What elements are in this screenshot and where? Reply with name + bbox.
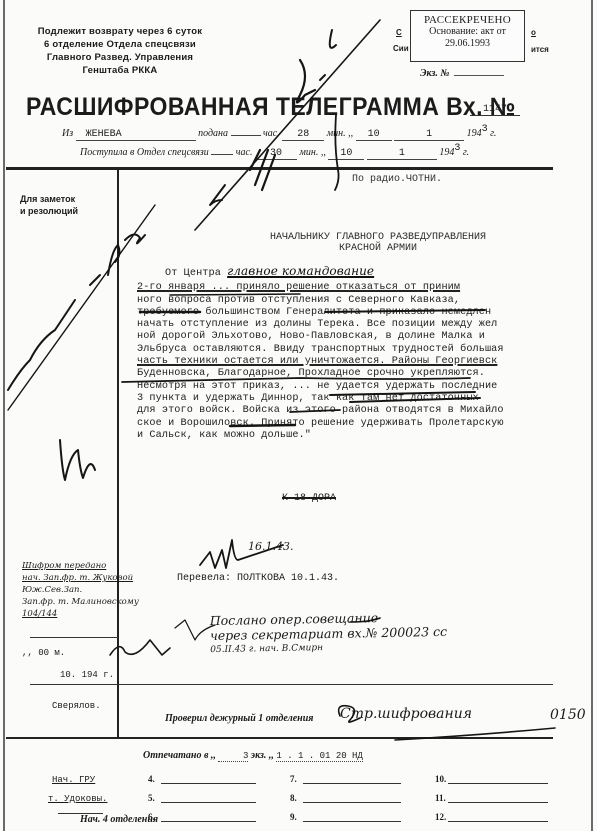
verifier-name: Сверялов. [52, 701, 101, 711]
header-fragment: Сии [393, 44, 409, 53]
copy-number: Экз. № [420, 68, 504, 79]
margin-note-line: 104/144 [22, 608, 117, 620]
hour-label: час. [263, 128, 280, 139]
header-divider [6, 167, 553, 170]
margin-column-divider [117, 170, 119, 738]
printed-copies-count: 3 [218, 751, 248, 762]
minute-label: мин. [327, 128, 346, 139]
copies-label: экз. [251, 750, 267, 761]
received-month: 1 [367, 148, 437, 160]
header-fragment: ится [531, 45, 549, 54]
stamp-basis: Основание: акт от [411, 26, 524, 38]
slot-number: 10. [435, 774, 446, 784]
submitted-day: 10 [356, 129, 392, 141]
received-year: 3 [454, 143, 460, 154]
slot-number: 9. [290, 812, 297, 822]
distribution-name: Нач. ГРУ [52, 775, 95, 785]
from-row: Из ЖЕНЕВА подана час. 28 мин. ,, 10 1 19… [62, 128, 496, 141]
signature-date: 16.1.43. [248, 540, 293, 553]
received-day: 10 [328, 148, 364, 160]
slot-number: 5. [148, 793, 155, 803]
header-fragment: о [531, 28, 536, 37]
addressee: НАЧАЛЬНИКУ ГЛАВНОГО РАЗВЕДУПРАВЛЕНИЯ КРА… [198, 232, 558, 254]
notes-column-label: Для заметок и резолюций [20, 193, 100, 217]
distribution-slot: 4. [148, 774, 256, 784]
stamp-date: 29.06.1993 [411, 38, 524, 50]
distribution-code: 1 . 1 . 01 20 НД [276, 751, 362, 762]
notes-label-line: и резолюций [20, 205, 100, 217]
header-fragment: С [396, 28, 402, 37]
body-line: для этого войск. Войска из этого района … [137, 405, 557, 417]
submitted-hour [231, 135, 261, 136]
sender-handwritten: главное командование [227, 264, 374, 278]
return-notice: Подлежит возврату через 6 суток 6 отделе… [20, 25, 220, 77]
return-notice-line: Главного Развед. Управления [20, 51, 220, 64]
year-label: г. [490, 128, 496, 139]
margin-note-line: нач. Зап.фр. т. Жуковой [22, 572, 117, 584]
submitted-year: 3 [482, 124, 488, 135]
handwritten-forwarding-note: Послано опер.совещание через секретариат… [210, 609, 448, 658]
margin-note-line: Юж.Сев.Зап. [22, 584, 117, 596]
distribution-slot: 7. [290, 774, 401, 784]
checked-by-label: Проверил дежурный 1 отделения [165, 713, 313, 724]
sender-line: От Центра главное командование [137, 265, 557, 280]
body-line: 3 пункта и удержать Диннор, так как там … [137, 393, 557, 405]
checked-by-signature: Стр.шифрования [340, 706, 472, 722]
submitted-label: подана [198, 128, 228, 139]
slot-number: 4. [148, 774, 155, 784]
sender-typed: От Центра [165, 268, 221, 279]
distribution-slot: 8. [290, 793, 401, 803]
body-line: ной дорогой Эльхотово, Ново-Павловская, … [137, 331, 557, 343]
stamp-title: РАССЕКРЕЧЕНО [411, 14, 524, 26]
page-border-right [591, 0, 593, 831]
telegram-body: От Центра главное командование 2-го янва… [137, 265, 557, 442]
slot-number: 8. [290, 793, 297, 803]
document-title: РАСШИФРОВАННАЯ ТЕЛЕГРАММА Вх. № [26, 93, 516, 122]
distribution-slot: 12. [435, 812, 548, 822]
submitted-month: 1 [394, 129, 464, 141]
minute-label: мин. [299, 147, 318, 158]
margin-divider [30, 684, 118, 685]
return-notice-line: Генштаба РККА [20, 64, 220, 77]
slot-number: 12. [435, 812, 446, 822]
distribution-slot: 9. [290, 812, 401, 822]
year-label: г. [463, 147, 469, 158]
addressee-line: КРАСНОЙ АРМИИ [198, 243, 558, 254]
from-label: Из [62, 128, 73, 139]
hour-label: час. [236, 147, 253, 158]
body-line: ское и Ворошиловск. Принято решение удер… [137, 418, 557, 430]
received-row: Поступила в Отдел спецсвязи час. 30 мин.… [80, 147, 469, 160]
slot-number: 11. [435, 793, 446, 803]
transmission-method: По радио.ЧОТНИ. [352, 174, 442, 185]
distribution-slot: 11. [435, 793, 548, 803]
distribution-name: т. Удоковы. [48, 794, 107, 804]
copy-number-field [454, 75, 504, 76]
margin-divider [30, 637, 118, 638]
distribution-slot: 5. [148, 793, 256, 803]
body-line: часть техники остается или уничтожается.… [137, 356, 557, 368]
notes-label-line: Для заметок [20, 193, 100, 205]
return-notice-line: 6 отделение Отдела спецсвязи [20, 38, 220, 51]
telegram-number: 1147 [470, 104, 520, 116]
addressee-line: НАЧАЛЬНИКУ ГЛАВНОГО РАЗВЕДУПРАВЛЕНИЯ [198, 232, 558, 243]
margin-note-line: Шифром передано [22, 560, 117, 572]
year-prefix: 194 [467, 128, 482, 139]
footer-divider [6, 737, 553, 739]
cipher-transmission-notes: Шифром передано нач. Зап.фр. т. Жуковой … [22, 560, 117, 620]
body-line: ного вопроса против отступления с Северн… [137, 295, 557, 307]
distribution-slot: 10. [435, 774, 548, 784]
printed-label: Отпечатано в [143, 750, 208, 761]
margin-note-line: Зап.фр. т. Малиновскому [22, 596, 117, 608]
return-notice-line: Подлежит возврату через 6 суток [20, 25, 220, 38]
note-line: 05.II.43 г. нач. В.Смирн [210, 639, 447, 658]
body-line: Несмотря на этот приказ, ... не удается … [137, 381, 557, 393]
margin-time: ,, 00 м. [22, 648, 65, 658]
translator-line: Перевела: ПОЛТКОВА 10.1.43. [177, 573, 339, 584]
body-line: начать отступление из долины Терека. Все… [137, 319, 557, 331]
received-minute: 30 [255, 148, 297, 160]
footer-department: Нач. 4 отделения [80, 814, 158, 825]
checked-time: 0150 [550, 707, 586, 723]
printed-copies: Отпечатано в ,, 3 экз. ,, 1 . 1 . 01 20 … [143, 750, 363, 762]
body-line: 2-го января ... приняло решение отказать… [137, 282, 557, 294]
year-prefix: 194 [439, 147, 454, 158]
declassified-stamp: РАССЕКРЕЧЕНО Основание: акт от 29.06.199… [410, 10, 525, 62]
checked-divider [119, 684, 553, 685]
distribution-slot: 6. [148, 812, 256, 822]
body-line: Буденновска, Благодарное, Прохладное сро… [137, 368, 557, 380]
body-line: и Сальск, как можно дольше." [137, 430, 557, 442]
page-border-left [3, 0, 5, 831]
from-field: ЖЕНЕВА [76, 129, 196, 141]
body-line: Эльбруса оставляются. Ввиду транспортных… [137, 344, 557, 356]
submitted-minute: 28 [282, 129, 324, 141]
reference-number: К 18 ДОРА [282, 493, 336, 504]
copy-number-label: Экз. № [420, 68, 450, 79]
margin-date: 10. 194 г. [60, 670, 114, 680]
received-hour [211, 154, 233, 155]
body-line: требуемого большинством Генералитета и п… [137, 307, 557, 319]
diagonal-stroke-icon [195, 20, 380, 230]
received-label: Поступила в Отдел спецсвязи [80, 147, 209, 158]
slot-number: 7. [290, 774, 297, 784]
